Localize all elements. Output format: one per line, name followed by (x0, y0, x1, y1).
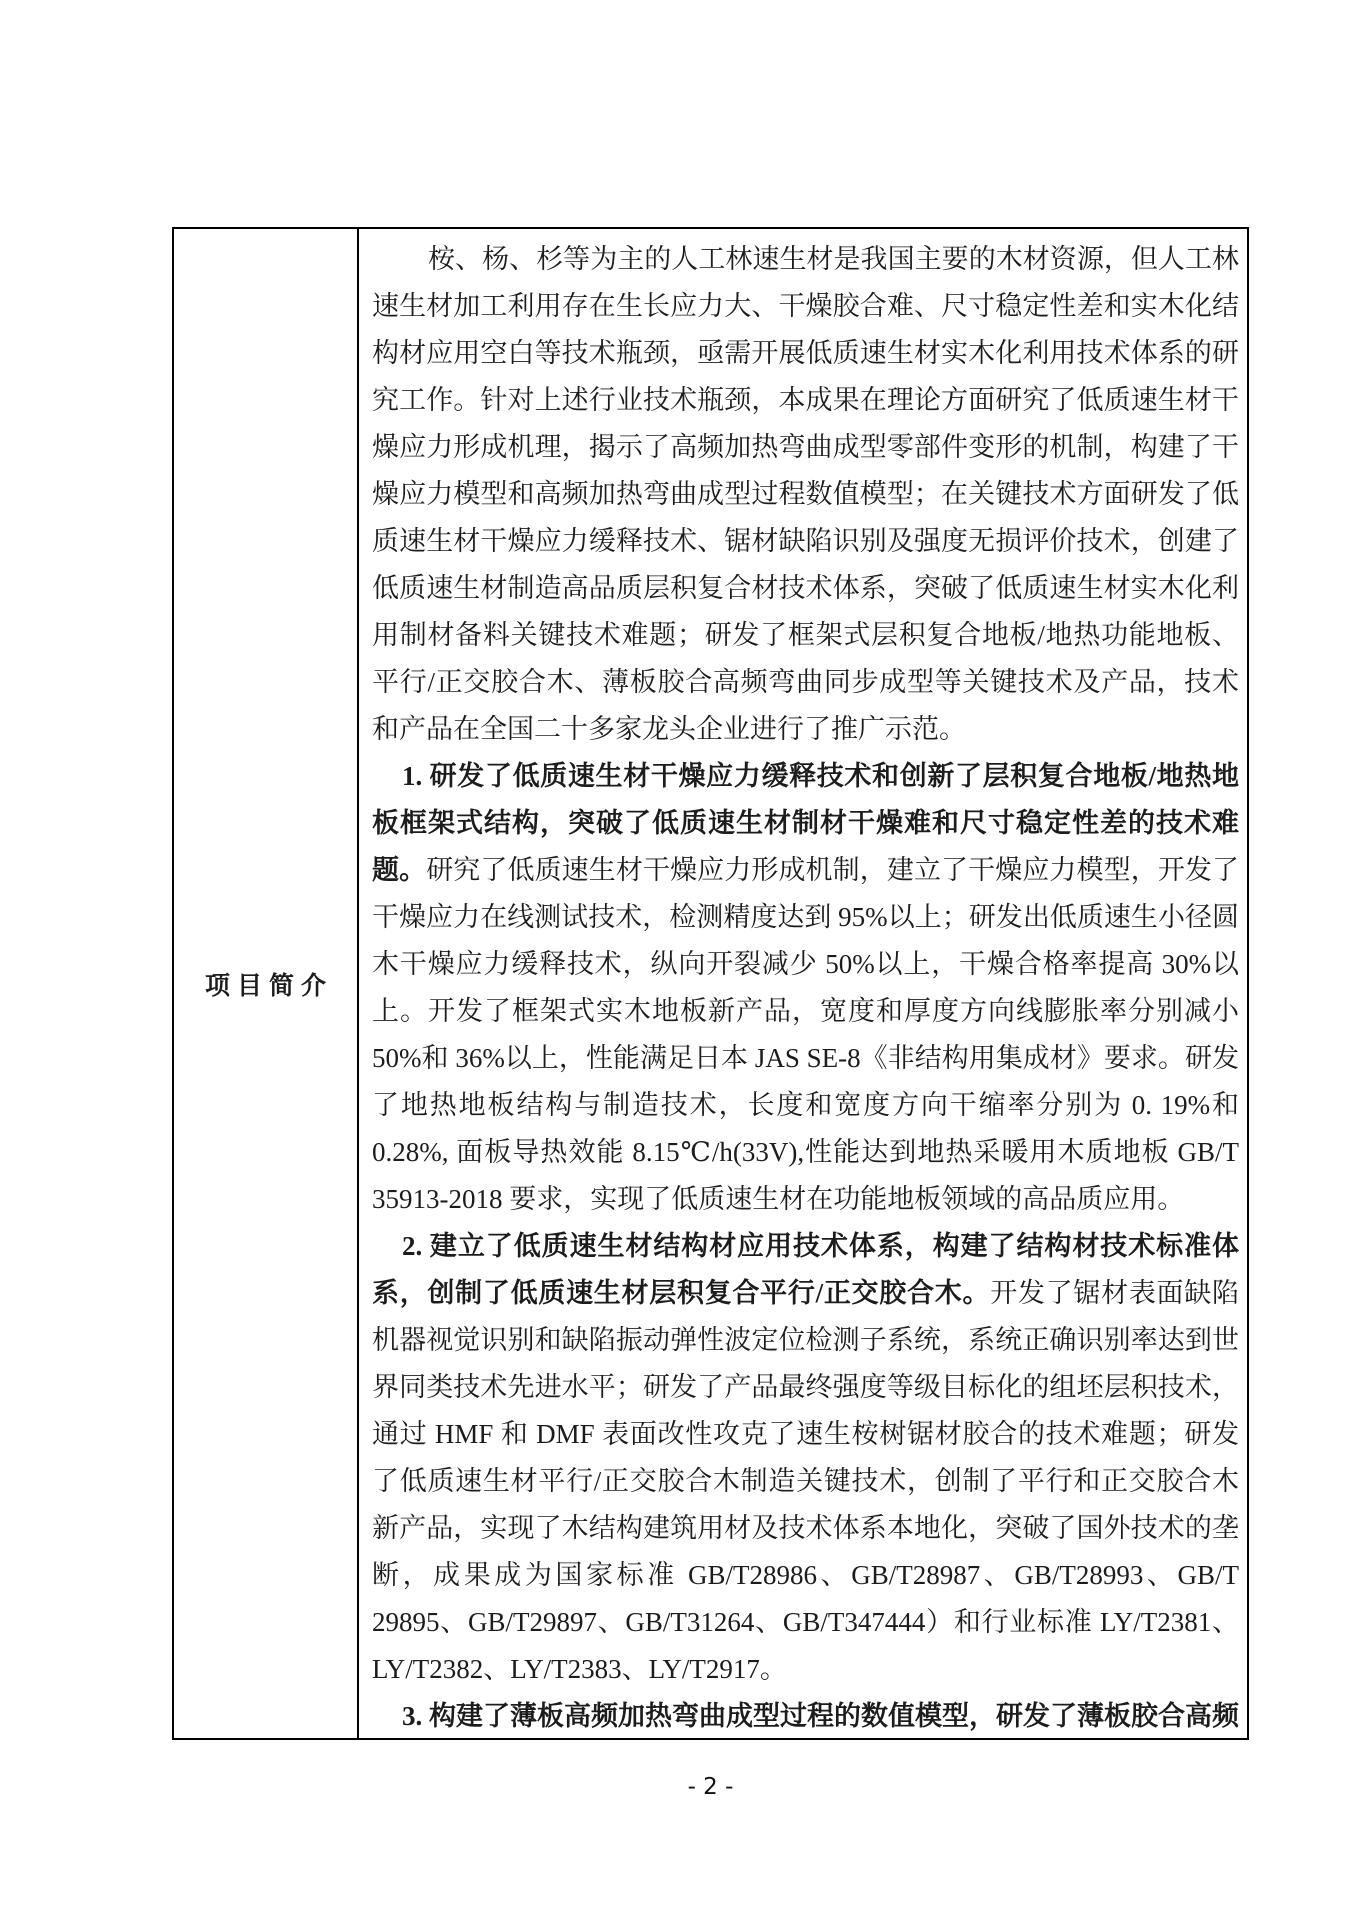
intro-text: 桉、杨、杉等为主的人工林速生材是我国主要的木材资源，但人工林速生材加工利用存在生… (372, 244, 1239, 744)
row-header-label: 项目简介 (205, 966, 333, 1002)
point-1-body: 研究了低质速生材干燥应力形成机制，建立了干燥应力模型，开发了干燥应力在线测试技术… (372, 855, 1239, 1214)
row-header-cell: 项目简介 (174, 229, 359, 1738)
document-page: 项目简介 桉、杨、杉等为主的人工林速生材是我国主要的木材资源，但人工林速生材加工… (0, 0, 1357, 1920)
paragraph-point-1: 1. 研发了低质速生材干燥应力缓释技术和创新了层积复合地板/地热地板框架式结构，… (372, 753, 1239, 1223)
point-2-body: 开发了锯材表面缺陷机器视觉识别和缺陷振动弹性波定位检测子系统，系统正确识别率达到… (372, 1278, 1239, 1684)
paragraph-point-3: 3. 构建了薄板高频加热弯曲成型过程的数值模型，研发了薄板胶合高频弯曲同步成型关… (372, 1693, 1239, 1738)
paragraph-point-2: 2. 建立了低质速生材结构材应用技术体系，构建了结构材技术标准体系，创制了低质速… (372, 1223, 1239, 1693)
page-number: - 2 - (64, 1774, 1357, 1800)
paragraph-intro: 桉、杨、杉等为主的人工林速生材是我国主要的木材资源，但人工林速生材加工利用存在生… (372, 236, 1239, 753)
project-summary-content: 桉、杨、杉等为主的人工林速生材是我国主要的木材资源，但人工林速生材加工利用存在生… (359, 229, 1247, 1738)
point-3-heading: 3. 构建了薄板高频加热弯曲成型过程的数值模型，研发了薄板胶合高频弯曲同步成型关… (372, 1701, 1239, 1738)
project-summary-table: 项目简介 桉、杨、杉等为主的人工林速生材是我国主要的木材资源，但人工林速生材加工… (172, 227, 1249, 1740)
